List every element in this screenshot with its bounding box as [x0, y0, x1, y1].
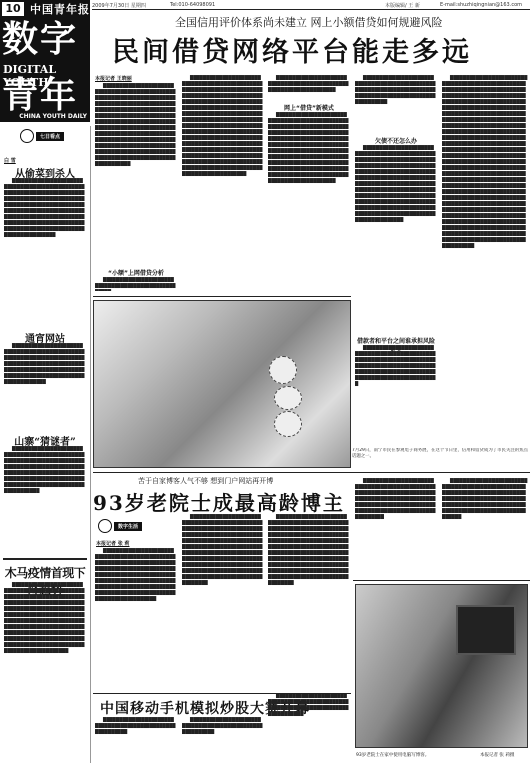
section-title-2: 青年	[2, 76, 78, 116]
third-body-col-2: ████████████████████████████████████████…	[182, 717, 264, 761]
left-body-4: ████████████████████████████████████████…	[4, 582, 86, 762]
photo-price-tag-3	[274, 411, 302, 437]
second-body-col-2: ████████████████████████████████████████…	[182, 514, 264, 688]
second-photo-caption: 93岁老院士在家中使用电脑写博客。	[356, 752, 429, 758]
seven-day-badge: 七日看点	[36, 132, 64, 141]
photo-rule	[93, 296, 351, 297]
lead-body-col-4b: ████████████████████████████████████████…	[355, 145, 437, 335]
digital-life-badge-wrap: 数字生活	[98, 517, 158, 535]
phone: Tel:010-64098091	[170, 2, 215, 8]
second-body-col-1: ████████████████████████████████████████…	[95, 548, 177, 688]
photo2-rule	[353, 580, 530, 581]
second-headline: 93岁老院士成最高龄博主	[93, 487, 345, 516]
lead-body-col-3b: ████████████████████████████████████████…	[268, 112, 350, 290]
lead-body-col-5: ████████████████████████████████████████…	[442, 75, 528, 445]
newspaper-logo: 中国青年报	[30, 1, 90, 17]
left-body-3: ████████████████████████████████████████…	[4, 446, 86, 554]
email: E-mail:shuzhiqingnian@163.com	[440, 2, 522, 8]
left-body-1: ████████████████████████████████████████…	[4, 178, 86, 308]
lead-body-col-2: ████████████████████████████████████████…	[182, 75, 264, 290]
lead-body-col-4c: ████████████████████████████████████████…	[355, 345, 437, 445]
second-story-rule	[93, 472, 530, 473]
second-photo-scholar-at-computer	[355, 584, 528, 748]
header-rule	[92, 9, 530, 10]
second-body-col-5: ████████████████████████████████████████…	[442, 478, 528, 576]
china-youth-daily-banner: CHINA YOUTH DAILY	[0, 112, 90, 122]
second-kicker: 苦于自家博客人气不够 想到门户网站再开博	[138, 476, 273, 486]
left-author: 白 雪	[4, 157, 16, 164]
crosshair-icon	[20, 129, 34, 143]
lead-body-col-4a: ████████████████████████████████████████…	[355, 75, 437, 135]
issue-date: 2009年7月30日 星期四	[92, 2, 146, 9]
lead-kicker: 全国信用评价体系尚未建立 网上小额借贷如何规避风险	[175, 14, 443, 30]
third-body-col-1: ████████████████████████████████████████…	[95, 717, 177, 761]
editor: 本版编辑/ 王 新	[385, 2, 420, 9]
photo-price-tag-2	[274, 386, 302, 410]
lead-subhead-2: 网上“借贷”新模式	[268, 103, 350, 112]
lead-subhead-1: “小额”上网借贷分析	[95, 268, 177, 277]
second-byline: 本报记者 张 莉	[96, 540, 129, 547]
seven-day-badge-wrap: 七日看点	[20, 127, 80, 145]
page-number: 10	[2, 2, 24, 16]
section-masthead: 10 中国青年报 数字 DIGITAL YOUTH 青年	[0, 0, 90, 118]
lead-body-col-3a: ████████████████████████████████████████…	[268, 75, 350, 103]
left-divider	[3, 558, 87, 560]
third-body-col-3: ████████████████████████████████████████…	[268, 693, 350, 761]
second-body-col-4: ████████████████████████████████████████…	[355, 478, 437, 576]
photo-price-tag-1	[269, 356, 297, 384]
crosshair-icon	[98, 519, 112, 533]
lead-body-col-1: ████████████████████████████████████████…	[95, 83, 177, 268]
second-photo-credit: 本报记者 张 莉摄	[480, 752, 514, 758]
lead-byline: 本报记者 王晓丽	[95, 75, 132, 82]
column-divider	[90, 126, 91, 763]
lead-body-col-1b: ████████████████████████████████████████…	[95, 277, 177, 291]
lead-subhead-3: 欠债不还怎么办	[355, 136, 437, 145]
lead-headline: 民间借贷网络平台能走多远	[112, 30, 472, 69]
digital-life-badge: 数字生活	[114, 522, 142, 531]
section-title-1: 数字	[2, 20, 78, 60]
second-body-col-3: ████████████████████████████████████████…	[268, 514, 350, 688]
left-body-2: ████████████████████████████████████████…	[4, 343, 86, 433]
photo-monitor	[456, 605, 516, 655]
lead-photo-women-at-booth	[93, 300, 351, 468]
